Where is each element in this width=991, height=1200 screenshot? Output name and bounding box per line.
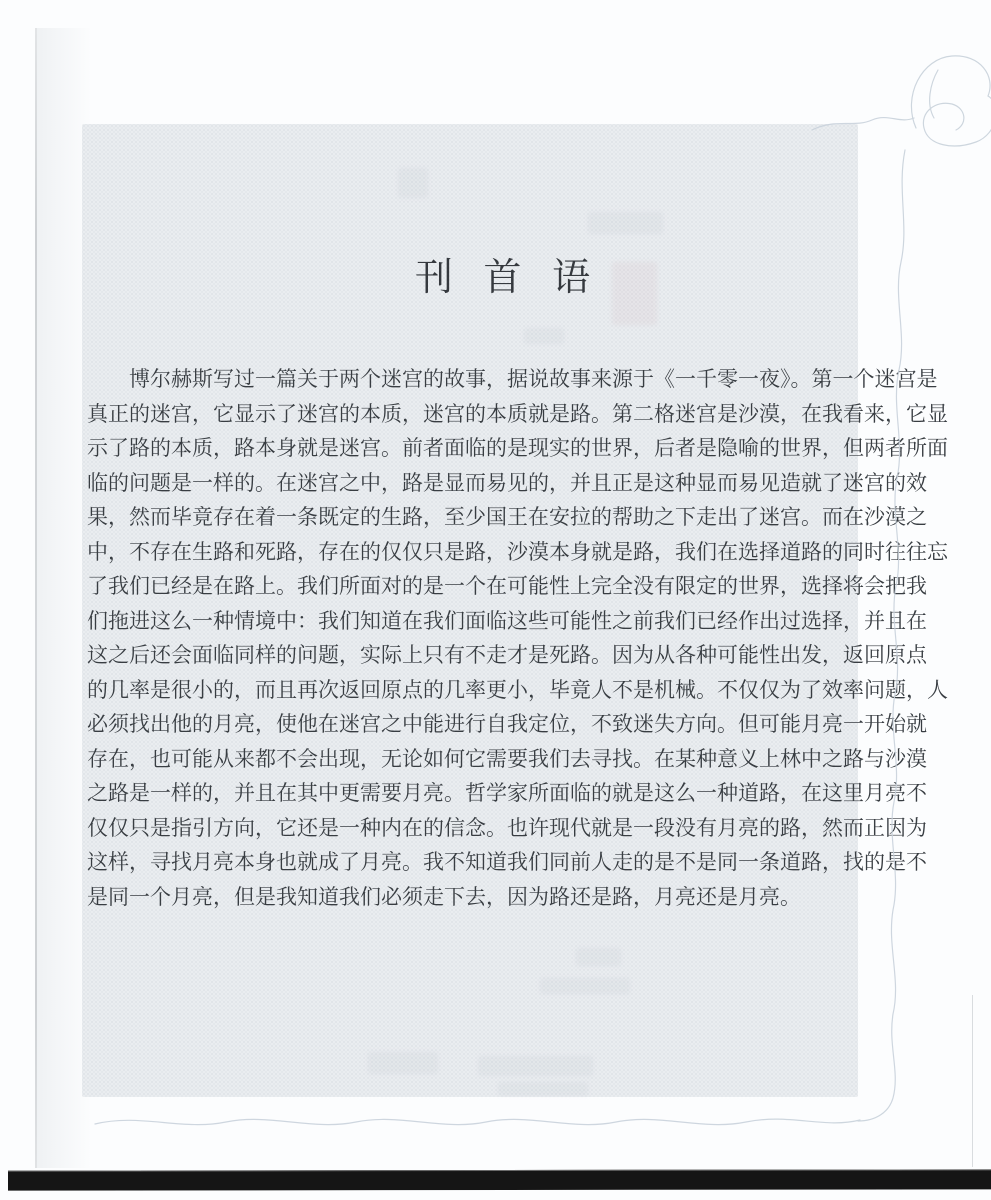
bleed-through-smudge xyxy=(368,1052,438,1074)
text-line: 仅仅只是指引方向，它还是一种内在的信念。也许现代就是一段没有月亮的路，然而正因为 xyxy=(87,811,855,846)
right-wavy-line xyxy=(858,150,905,1121)
flourish-sketch xyxy=(911,56,991,146)
scanned-page: 刊 首 语 博尔赫斯写过一篇关于两个迷宫的故事，据说故事来源于《一千零一夜》。第… xyxy=(0,0,991,1200)
text-line: 果，然而毕竟存在着一条既定的生路，至少国王在安拉的帮助之下走出了迷宫。而在沙漠之 xyxy=(87,500,855,535)
text-line: 这之后还会面临同样的问题，实际上只有不走才是死路。因为从各种可能性出发，返回原点 xyxy=(87,638,855,673)
article-body: 博尔赫斯写过一篇关于两个迷宫的故事，据说故事来源于《一千零一夜》。第一个迷宫是 … xyxy=(87,362,855,914)
text-line: 必须找出他的月亮，使他在迷宫之中能进行自我定位，不致迷失方向。但可能月亮一开始就 xyxy=(87,707,855,742)
text-line: 之路是一样的，并且在其中更需要月亮。哲学家所面临的就是这么一种道路，在这里月亮不 xyxy=(87,776,855,811)
text-line: 临的问题是一样的。在迷宫之中，路是显而易见的，并且正是这种显而易见造就了迷宫的效 xyxy=(87,466,855,501)
text-line: 这样，寻找月亮本身也就成了月亮。我不知道我们同前人走的是不是同一条道路，找的是不 xyxy=(87,845,855,880)
text-line: 的几率是很小的，而且再次返回原点的几率更小，毕竟人不是机械。不仅仅为了效率问题，… xyxy=(87,673,855,708)
bleed-through-smudge xyxy=(478,1056,593,1076)
bleed-through-smudge xyxy=(588,212,663,234)
bleed-through-smudge xyxy=(540,978,630,994)
text-line: 中，不存在生路和死路，存在的仅仅只是路，沙漠本身就是路，我们在选择道路的同时往往… xyxy=(87,535,855,570)
text-line: 示了路的本质，路本身就是迷宫。前者面临的是现实的世界，后者是隐喻的世界，但两者所… xyxy=(87,431,855,466)
bleed-through-smudge xyxy=(524,328,564,344)
bottom-wavy-line xyxy=(95,1119,860,1124)
bleed-through-smudge xyxy=(576,948,621,966)
text-line: 真正的迷宫，它显示了迷宫的本质，迷宫的本质就是路。第二格迷宫是沙漠，在我看来，它… xyxy=(87,397,855,432)
flourish-sketch xyxy=(930,70,938,118)
bleed-through-smudge xyxy=(398,168,428,198)
bleed-through-smudge xyxy=(612,262,657,325)
page-right-edge xyxy=(972,995,973,1167)
page-title: 刊 首 语 xyxy=(415,258,600,298)
bleed-through-smudge xyxy=(498,1082,588,1096)
text-line: 了我们已经是在路上。我们所面对的是一个在可能性上完全没有限定的世界，选择将会把我 xyxy=(87,569,855,604)
scanner-edge-bar xyxy=(8,1169,991,1190)
text-line: 们拖进这么一种情境中：我们知道在我们面临这些可能性之前我们已经作出过选择，并且在 xyxy=(87,604,855,639)
text-line: 博尔赫斯写过一篇关于两个迷宫的故事，据说故事来源于《一千零一夜》。第一个迷宫是 xyxy=(87,362,855,397)
text-line: 存在，也可能从来都不会出现，无论如何它需要我们去寻找。在某种意义上林中之路与沙漠 xyxy=(87,742,855,777)
text-line: 是同一个月亮，但是我知道我们必须走下去，因为路还是路，月亮还是月亮。 xyxy=(87,880,855,915)
